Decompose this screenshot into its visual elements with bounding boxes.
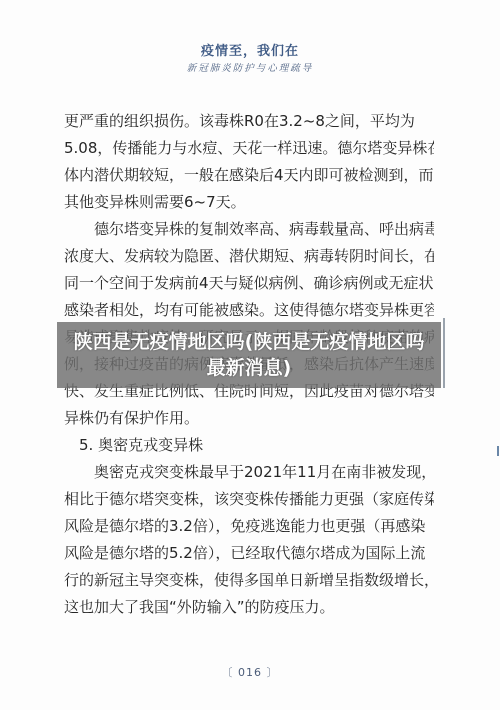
text-line: 行的新冠主导突变株，使得多国单日新增呈指数级增长， <box>64 567 434 594</box>
book-page: 疫情至，我们在 新冠肺炎防护与心理疏导 更严重的组织损伤。该毒株R0在3.2~8… <box>0 0 500 710</box>
section-heading-omicron: 5. 奥密克戎变异株 <box>64 432 434 459</box>
text-line: 感染者相处，均有可能被感染。这使得德尔塔变异株更容 <box>64 297 434 324</box>
text-line: 浓度大、发病较为隐匿、潜伏期短、病毒转阴时间长，在 <box>64 243 434 270</box>
text-line: 德尔塔变异株的复制效率高、病毒载量高、呼出病毒 <box>64 216 434 243</box>
title-overlay-banner: 陕西是无疫情地区吗(陕西是无疫情地区吗最新消息) <box>57 322 441 388</box>
text-line: 奥密克戎突变株最早于2021年11月在南非被发现， <box>64 459 434 486</box>
text-line: 相比于德尔塔突变株，该突变株传播能力更强（家庭传染 <box>64 486 434 513</box>
text-line: 风险是德尔塔的5.2倍），已经取代德尔塔成为国际上流 <box>64 540 434 567</box>
scan-edge-mark <box>443 318 445 388</box>
text-line: 异株仍有保护作用。 <box>64 405 434 432</box>
overlay-title: 陕西是无疫情地区吗(陕西是无疫情地区吗最新消息) <box>69 329 429 381</box>
text-line: 风险是德尔塔的3.2倍），免疫逃逸能力也更强（再感染 <box>64 513 434 540</box>
scan-edge-mark <box>497 446 499 456</box>
text-line: 更严重的组织损伤。该毒株R0在3.2~8之间，平均为 <box>64 108 434 135</box>
page-number: 〔 016 〕 <box>0 664 500 680</box>
text-line: 同一个空间于发病前4天与疑似病例、确诊病例或无症状 <box>64 270 434 297</box>
paragraph-omicron: 奥密克戎突变株最早于2021年11月在南非被发现， 相比于德尔塔突变株，该突变株… <box>64 459 434 621</box>
book-subtitle: 新冠肺炎防护与心理疏导 <box>0 62 500 76</box>
text-line: 其他变异株则需要6~7天。 <box>64 189 434 216</box>
page-header: 疫情至，我们在 新冠肺炎防护与心理疏导 <box>0 44 500 76</box>
paragraph-delta-transmission: 更严重的组织损伤。该毒株R0在3.2~8之间，平均为 5.08，传播能力与水痘、… <box>64 108 434 216</box>
text-line: 这也加大了我国“外防输入”的防疫压力。 <box>64 594 434 621</box>
text-line: 体内潜伏期较短，一般在感染后4天内即可被检测到，而 <box>64 162 434 189</box>
text-line: 5.08，传播能力与水痘、天花一样迅速。德尔塔变异株在 <box>64 135 434 162</box>
book-title: 疫情至，我们在 <box>0 44 500 60</box>
